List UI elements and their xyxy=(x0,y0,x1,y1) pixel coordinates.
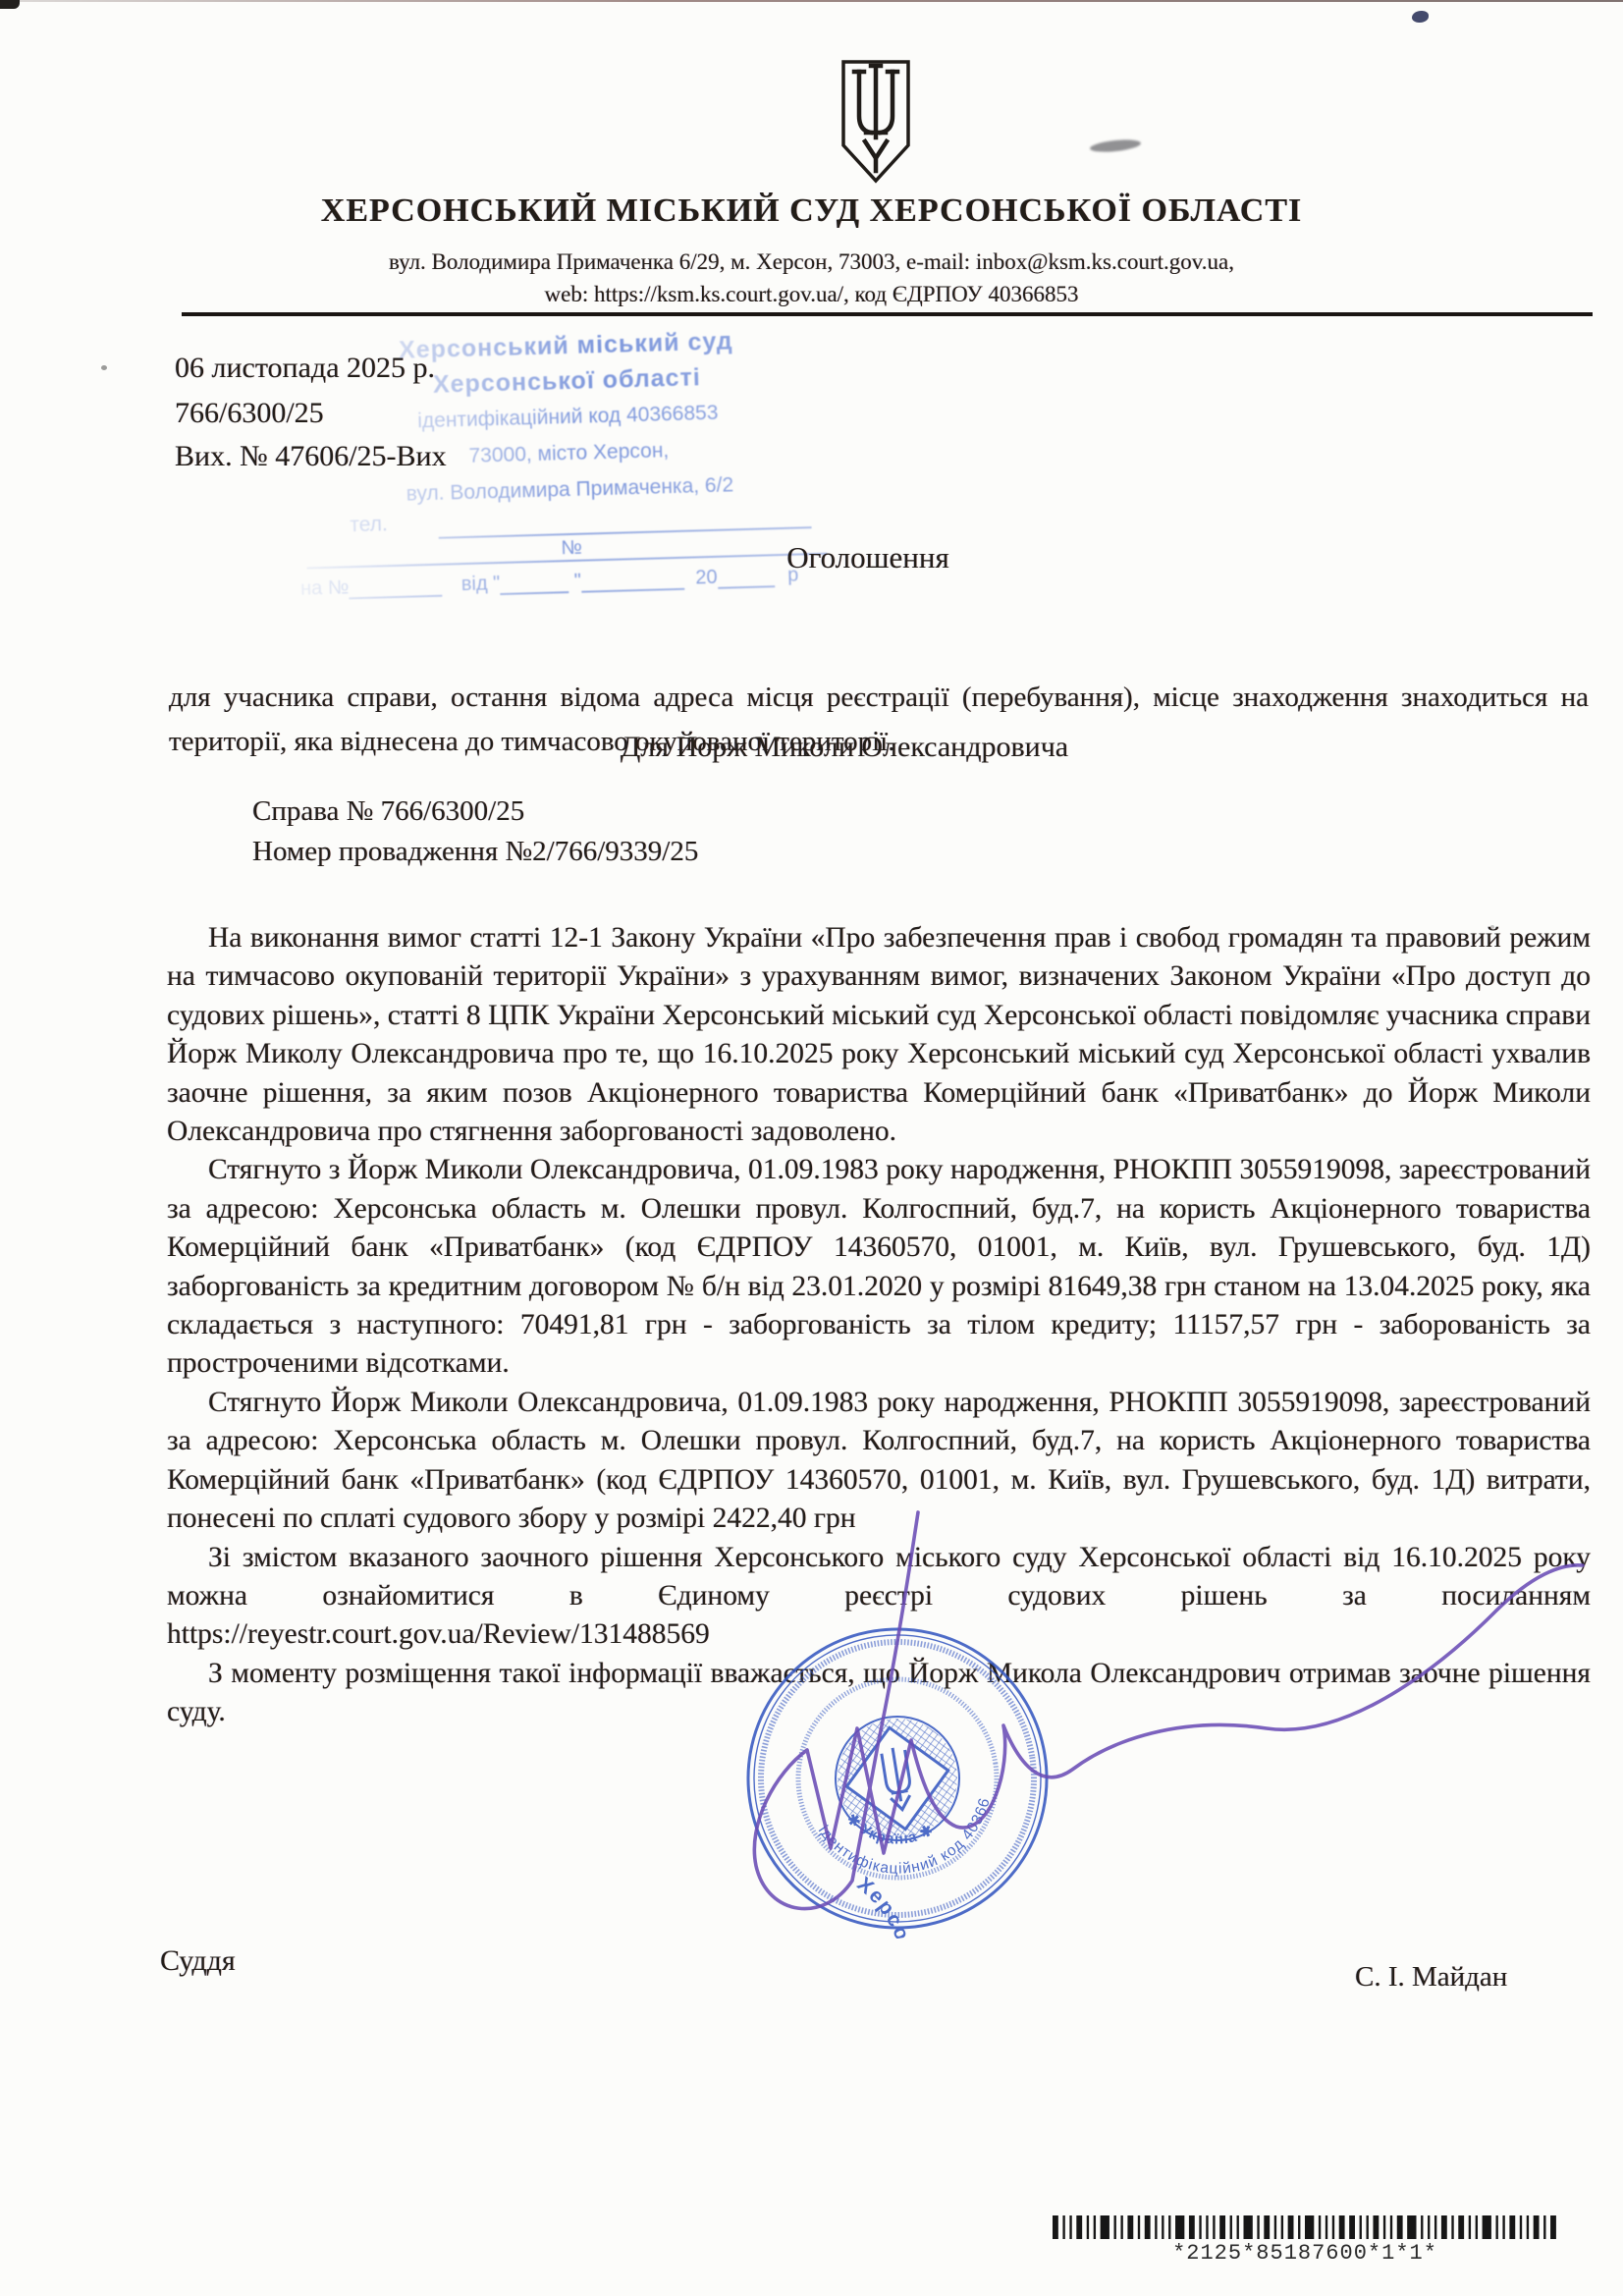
scan-smudge xyxy=(1090,137,1142,153)
scan-ink-blob xyxy=(1412,11,1429,23)
scan-corner-artifact xyxy=(0,0,20,9)
barcode xyxy=(1053,2215,1557,2241)
signature-scribble xyxy=(717,1483,1620,1944)
scan-speck xyxy=(101,365,107,370)
header-divider xyxy=(182,312,1593,316)
barcode-bars xyxy=(1053,2215,1557,2241)
announcement-title: Оголошення xyxy=(672,540,1064,575)
proceeding-number-line: Номер провадження №2/766/9339/25 xyxy=(252,836,698,868)
court-name: ХЕРСОНСЬКИЙ МІСЬКИЙ СУД ХЕРСОНСЬКОЇ ОБЛА… xyxy=(98,192,1525,230)
scanned-court-document: ХЕРСОНСЬКИЙ МІСЬКИЙ СУД ХЕРСОНСЬКОЇ ОБЛА… xyxy=(0,0,1623,2296)
stamp-from-label: від " xyxy=(461,573,501,595)
signature-stroke xyxy=(807,1565,1583,1853)
signature-stroke xyxy=(754,1512,918,1909)
stamp-on-no-label: на № xyxy=(300,576,350,599)
stamp-blank xyxy=(581,567,685,593)
case-number-line: Справа № 766/6300/25 xyxy=(252,795,524,828)
judge-name: С. І. Майдан xyxy=(1355,1961,1507,1994)
court-web-line: web: https://ksm.ks.court.gov.ua/, код Є… xyxy=(98,282,1525,307)
court-address-line: вул. Володимира Примаченка 6/29, м. Херс… xyxy=(98,249,1525,275)
scan-edge-artifact xyxy=(0,0,1623,2)
ukraine-trident-icon xyxy=(837,59,915,185)
judge-label: Суддя xyxy=(160,1944,236,1978)
body-paragraph: Стягнуто з Йорж Миколи Олександровича, 0… xyxy=(167,1151,1591,1383)
addressee-line: Для Йорж Миколи Олександровича xyxy=(452,731,1237,764)
incoming-stamp: Херсонський міський суд Херсонської обла… xyxy=(286,320,853,630)
body-paragraph: На виконання вимог статті 12-1 Закону Ук… xyxy=(167,919,1591,1151)
stamp-blank xyxy=(500,570,569,595)
stamp-blank xyxy=(349,574,443,600)
barcode-label: *2125*85187600*1*1* xyxy=(1053,2241,1557,2266)
